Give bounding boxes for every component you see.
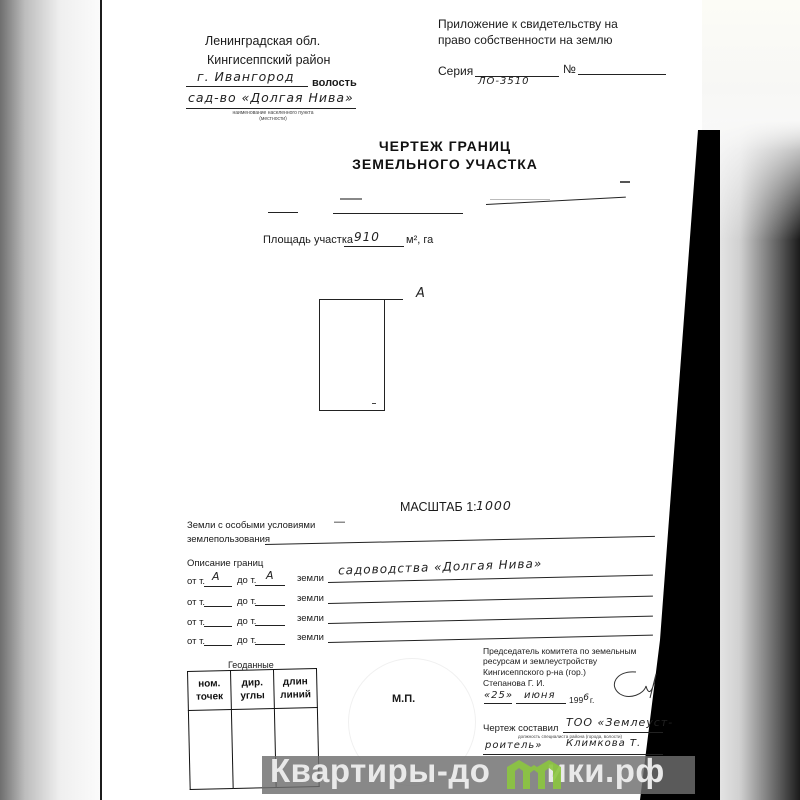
col-line2: углы (240, 690, 265, 702)
geodata-header-row: ном.точек дир.углы длинлиний (188, 669, 318, 711)
geodata-col-points: ном.точек (188, 671, 232, 711)
col-line2: линий (280, 689, 311, 701)
special-lands-label1: Земли с особыми условиями (187, 520, 315, 531)
area-underline (344, 246, 404, 247)
date-month-underline (516, 703, 566, 704)
to-label: до т. (237, 575, 256, 586)
lands-label: земли (297, 632, 324, 643)
chairman-date-year: 1996г. (569, 693, 594, 705)
town-underline (186, 86, 308, 87)
chairman-name: Степанова Г. И. (483, 678, 545, 688)
number-underline (578, 74, 666, 75)
compiler-name: Климкова Т. (566, 738, 641, 749)
geodata-col-angles: дир.углы (231, 670, 275, 710)
appendix-line2: право собственности на землю (438, 33, 612, 47)
compiler-label: Чертеж составил (483, 723, 558, 734)
from-underline (204, 606, 232, 607)
settlement-handwritten: сад-во «Долгая Нива» (188, 90, 354, 105)
area-unit: м², га (406, 234, 433, 246)
compiler-org-underline (563, 732, 663, 733)
boundaries-heading: Описание границ (187, 558, 263, 569)
from-label: от т. (187, 617, 205, 628)
to-underline (255, 625, 285, 626)
year-prefix: 199 (569, 695, 583, 705)
region-label: Ленинградская обл. (205, 34, 320, 48)
col-line1: ном. (198, 678, 220, 690)
area-value: 910 (354, 230, 380, 244)
to-label: до т. (237, 616, 256, 627)
from-underline (204, 626, 232, 627)
to-label: до т. (237, 596, 256, 607)
watermark-text: Квартиры-доики.рф (270, 752, 665, 790)
point-a-label: А (416, 286, 426, 301)
title-line2: ЗЕМЕЛЬНОГО УЧАСТКА (350, 156, 540, 172)
from-label: от т. (187, 576, 205, 587)
geodata-col-lengths: длинлиний (273, 669, 317, 709)
appendix-line1: Приложение к свидетельству на (438, 17, 618, 31)
from-label: от т. (187, 636, 205, 647)
compiler-org-line1: ТОО «Землеуст- (566, 716, 673, 729)
scale-label: МАСШТАБ 1: (400, 500, 477, 514)
stamp-label: М.П. (392, 693, 415, 705)
watermark-text-left: Квартиры-до (270, 752, 490, 789)
watermark-text-right: ики.рф (546, 752, 664, 789)
compiler-org-line2: роитель» (485, 740, 542, 751)
district-label: Кингисеппский район (207, 53, 330, 67)
year-suffix: 6 (583, 693, 590, 703)
settlement-underline (186, 108, 356, 109)
scan-shadow-left (0, 0, 100, 800)
area-label: Площадь участка (263, 234, 353, 246)
house-logo-icon (505, 757, 563, 791)
town-handwritten: г. Ивангород (197, 69, 295, 84)
from-label: от т. (187, 597, 205, 608)
to-underline (255, 644, 285, 645)
scan-shadow-right-top (700, 0, 800, 150)
chairman-line2: ресурсам и землеустройству (483, 656, 597, 666)
from-underline (204, 586, 232, 587)
plot-tick (372, 403, 376, 404)
settlement-caption: наименование населенного пункта (местнос… (218, 110, 328, 122)
to-label: до т. (237, 635, 256, 646)
col-line2: точек (196, 691, 223, 703)
geodata-cell (188, 710, 233, 790)
number-label: № (563, 62, 576, 76)
lands-label: земли (297, 593, 324, 604)
col-line1: дир. (241, 677, 263, 688)
owner-underline (268, 212, 298, 213)
redacted-mark (490, 199, 550, 200)
lands-label: земли (297, 573, 324, 584)
settlement-caption-line2: (местности) (218, 116, 328, 122)
col-line1: длин (283, 676, 308, 688)
special-lands-value: — (334, 516, 345, 528)
redacted-mark (620, 181, 630, 183)
lands-label: земли (297, 613, 324, 624)
chairman-signature (606, 664, 662, 704)
redacted-mark (340, 198, 362, 200)
from-value: А (212, 570, 221, 583)
series-value: ЛО-3510 (478, 76, 529, 87)
chairman-date-day: «25» (484, 690, 513, 701)
special-lands-label2: землепользования (187, 534, 270, 545)
series-label: Серия (438, 64, 473, 78)
chairman-line3: Кингисеппского р-на (гор.) (483, 667, 586, 677)
to-underline (255, 585, 285, 586)
plot-boundary-line (383, 299, 403, 300)
from-underline (204, 645, 232, 646)
plot-outline (319, 299, 385, 411)
year-unit: г. (590, 695, 594, 705)
date-day-underline (484, 703, 512, 704)
volost-label: волость (312, 77, 357, 89)
to-value: А (266, 569, 275, 582)
title-line1: ЧЕРТЕЖ ГРАНИЦ (360, 138, 530, 154)
chairman-line1: Председатель комитета по земельным (483, 646, 636, 656)
to-underline (255, 605, 285, 606)
scale-value: 1000 (476, 498, 512, 513)
owner-underline (333, 213, 463, 214)
chairman-date-month: июня (524, 690, 555, 701)
